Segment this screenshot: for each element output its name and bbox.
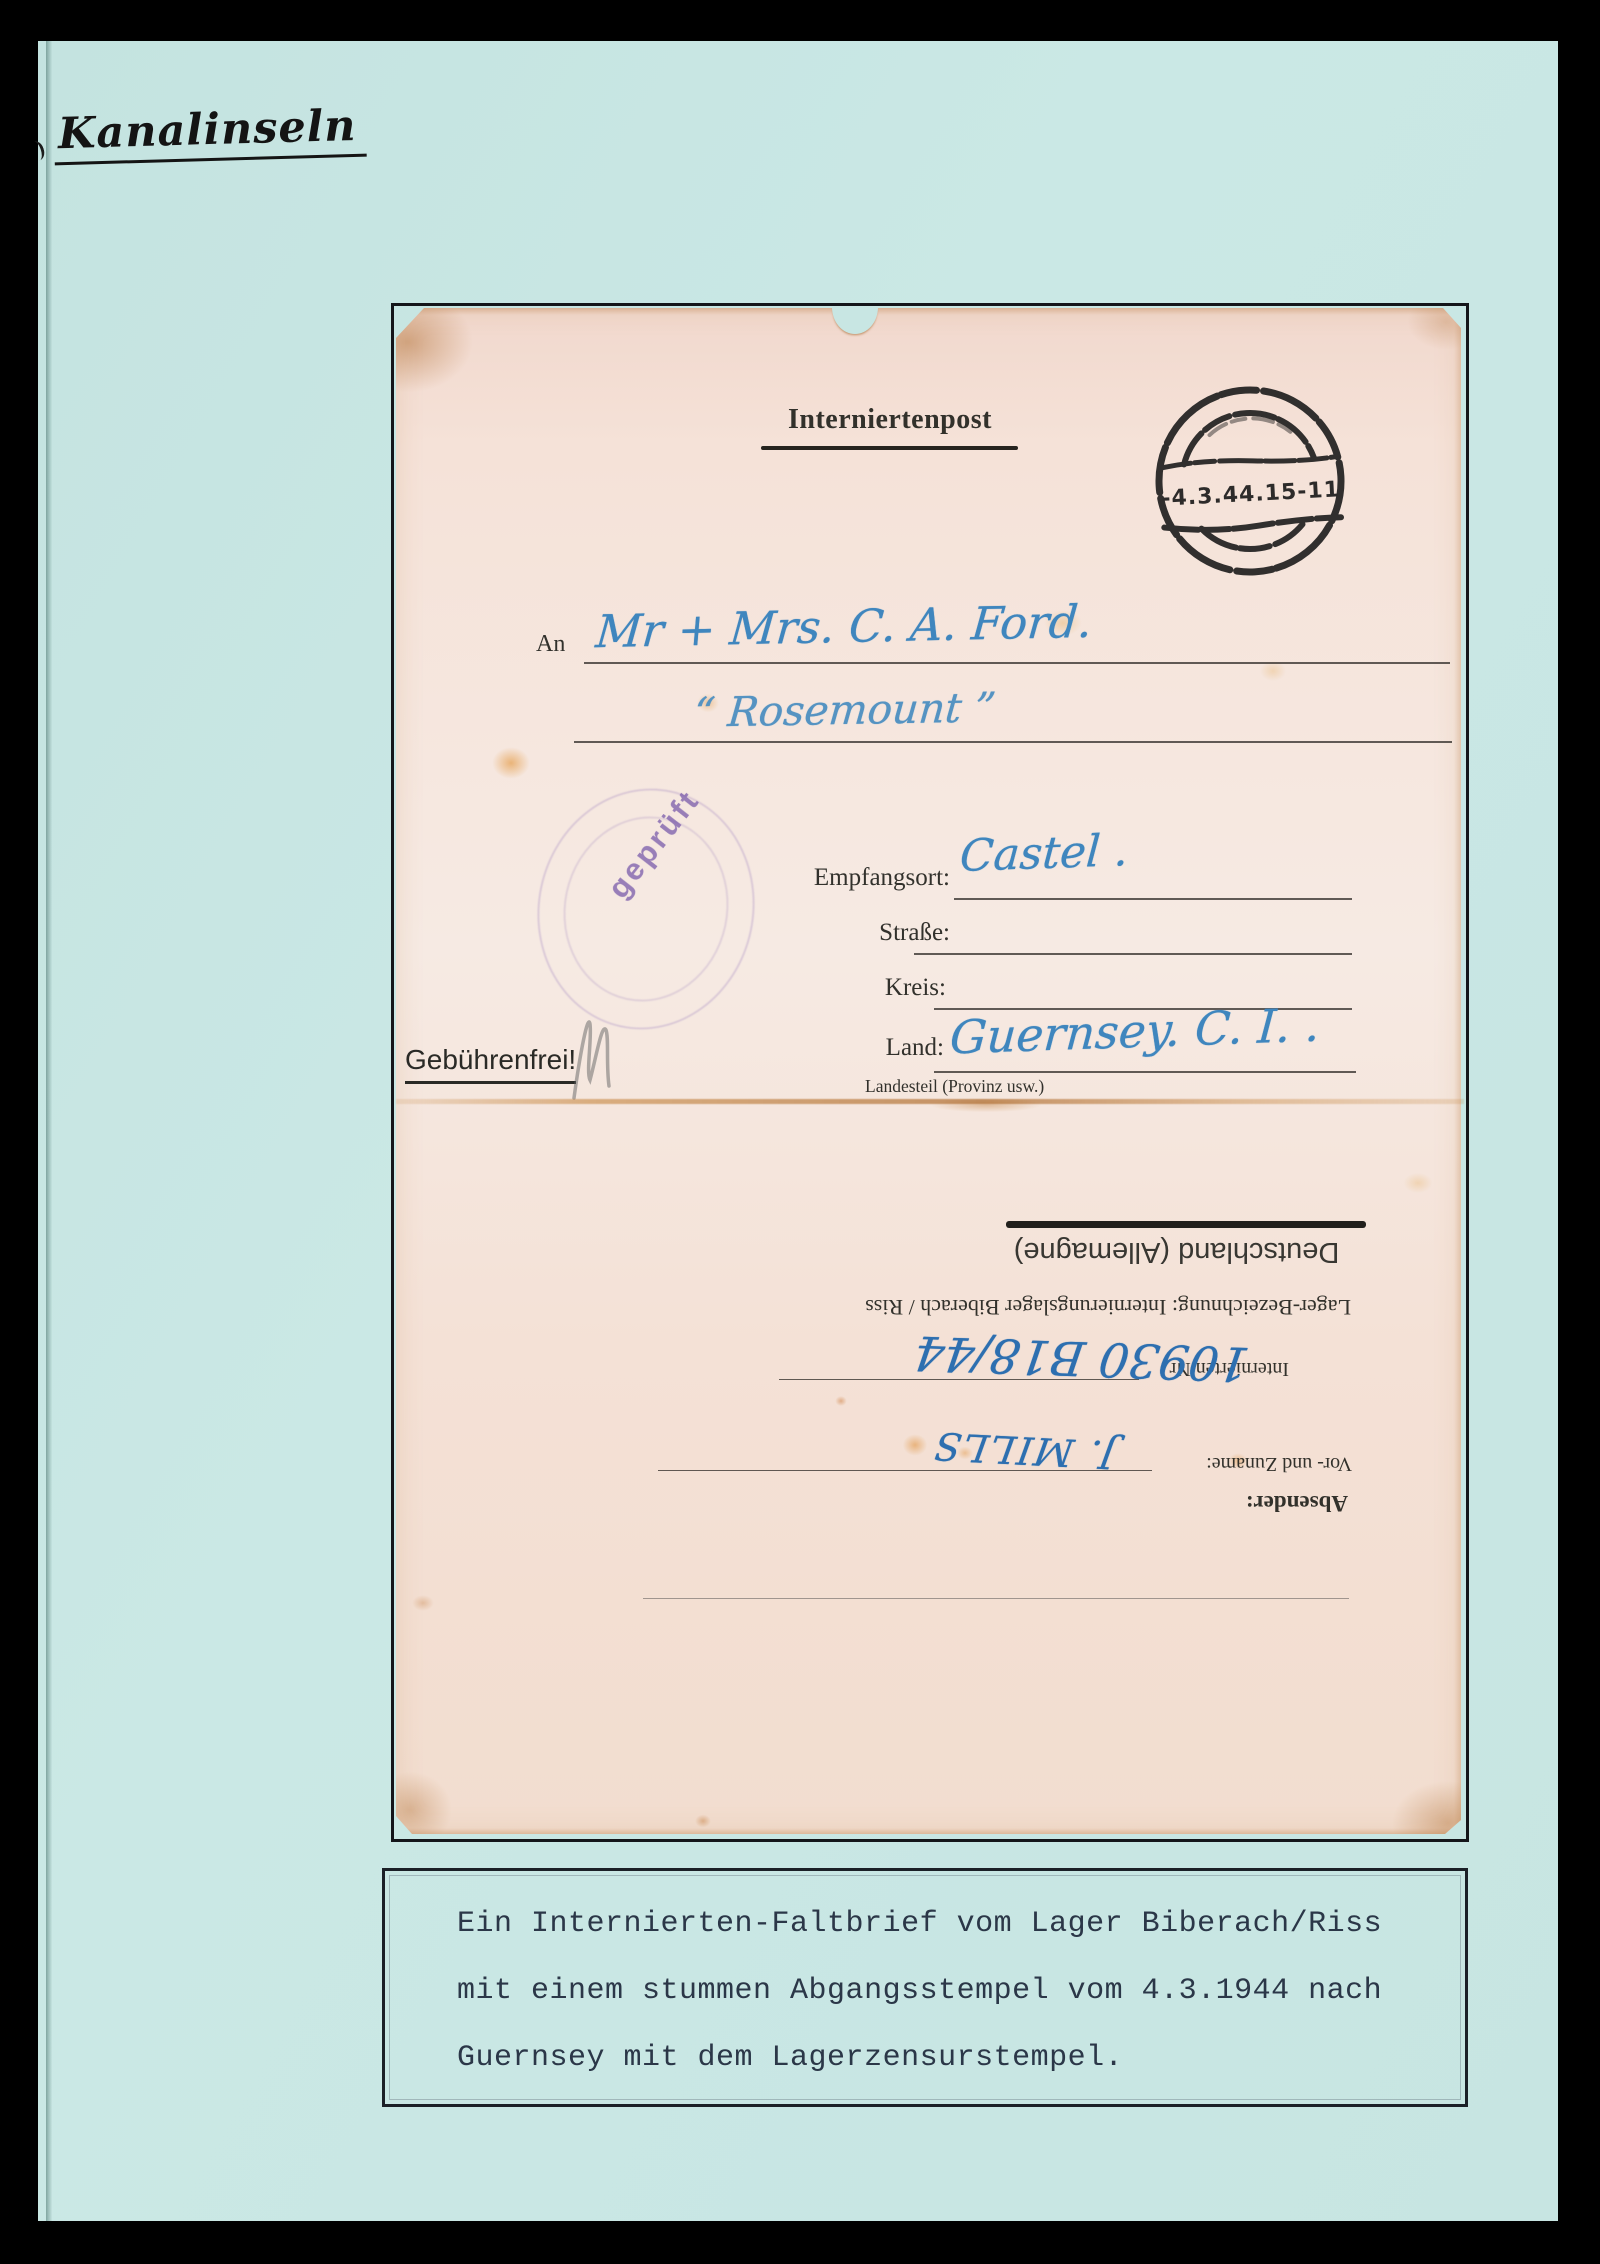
strasse-label: Straße: (814, 919, 950, 947)
mute-postmark-stamp: -4.3.44.15-11 (1150, 381, 1350, 581)
caption-box: Ein Internierten-Faltbrief vom Lager Bib… (382, 1868, 1468, 2107)
sender-label: Absender: (1186, 1490, 1348, 1516)
letter-mount-frame: Interniertenpost -4.3.44.15-11 An Mr + M… (391, 303, 1469, 1842)
land-rule (934, 1071, 1356, 1073)
empfangsort-rule (954, 898, 1352, 900)
strasse-rule (914, 953, 1352, 955)
name-label: Vor- und Zuname: (1152, 1452, 1352, 1475)
an-label: An (536, 631, 565, 658)
margin-ink-fragment (26, 139, 46, 163)
empfangsort-label: Empfangsort: (764, 864, 950, 892)
free-frank-label: Gebührenfrei! (405, 1044, 576, 1084)
letter-header-underline (761, 446, 1018, 450)
kreis-label: Kreis: (834, 974, 946, 1002)
country-underline (1006, 1221, 1366, 1228)
caption-line-3: Guernsey mit dem Lagerzensurstempel. (457, 2025, 1435, 2092)
reverse-extra-rule (643, 1598, 1349, 1599)
address-rule-2 (574, 741, 1452, 743)
page-edge-shadow (46, 41, 52, 2221)
land-label: Land: (834, 1034, 944, 1062)
caption-line-1: Ein Internierten-Faltbrief vom Lager Bib… (457, 1891, 1435, 1958)
album-title: Kanalinseln (53, 101, 367, 166)
album-page: Kanalinseln Interniertenpost -4.3.44.15-… (38, 41, 1558, 2221)
address-rule-1 (584, 662, 1450, 664)
caption-line-2: mit einem stummen Abgangsstempel vom 4.3… (457, 1958, 1435, 2025)
fold-crease (396, 1099, 1464, 1104)
camp-designation-line: Lager-Bezeichnung: Internierungslager Bi… (661, 1294, 1351, 1320)
pencil-mark (566, 994, 616, 1104)
recipient-handwriting: Mr + Mrs. C. A. Ford. (594, 595, 1095, 658)
country-label: Deutschland (Allemagne) (1010, 1235, 1343, 1268)
empfangsort-value: Castel . (958, 825, 1130, 882)
postmark-date: -4.3.44.15-11 (1161, 477, 1341, 511)
letter-header: Interniertenpost (730, 404, 1050, 436)
scan-black-border: Kanalinseln Interniertenpost -4.3.44.15-… (0, 0, 1600, 2264)
house-handwriting: “ Rosemount ” (692, 683, 998, 736)
caption-text: Ein Internierten-Faltbrief vom Lager Bib… (457, 1891, 1435, 2092)
landesteil-note: Landesteil (Provinz usw.) (865, 1076, 1044, 1097)
